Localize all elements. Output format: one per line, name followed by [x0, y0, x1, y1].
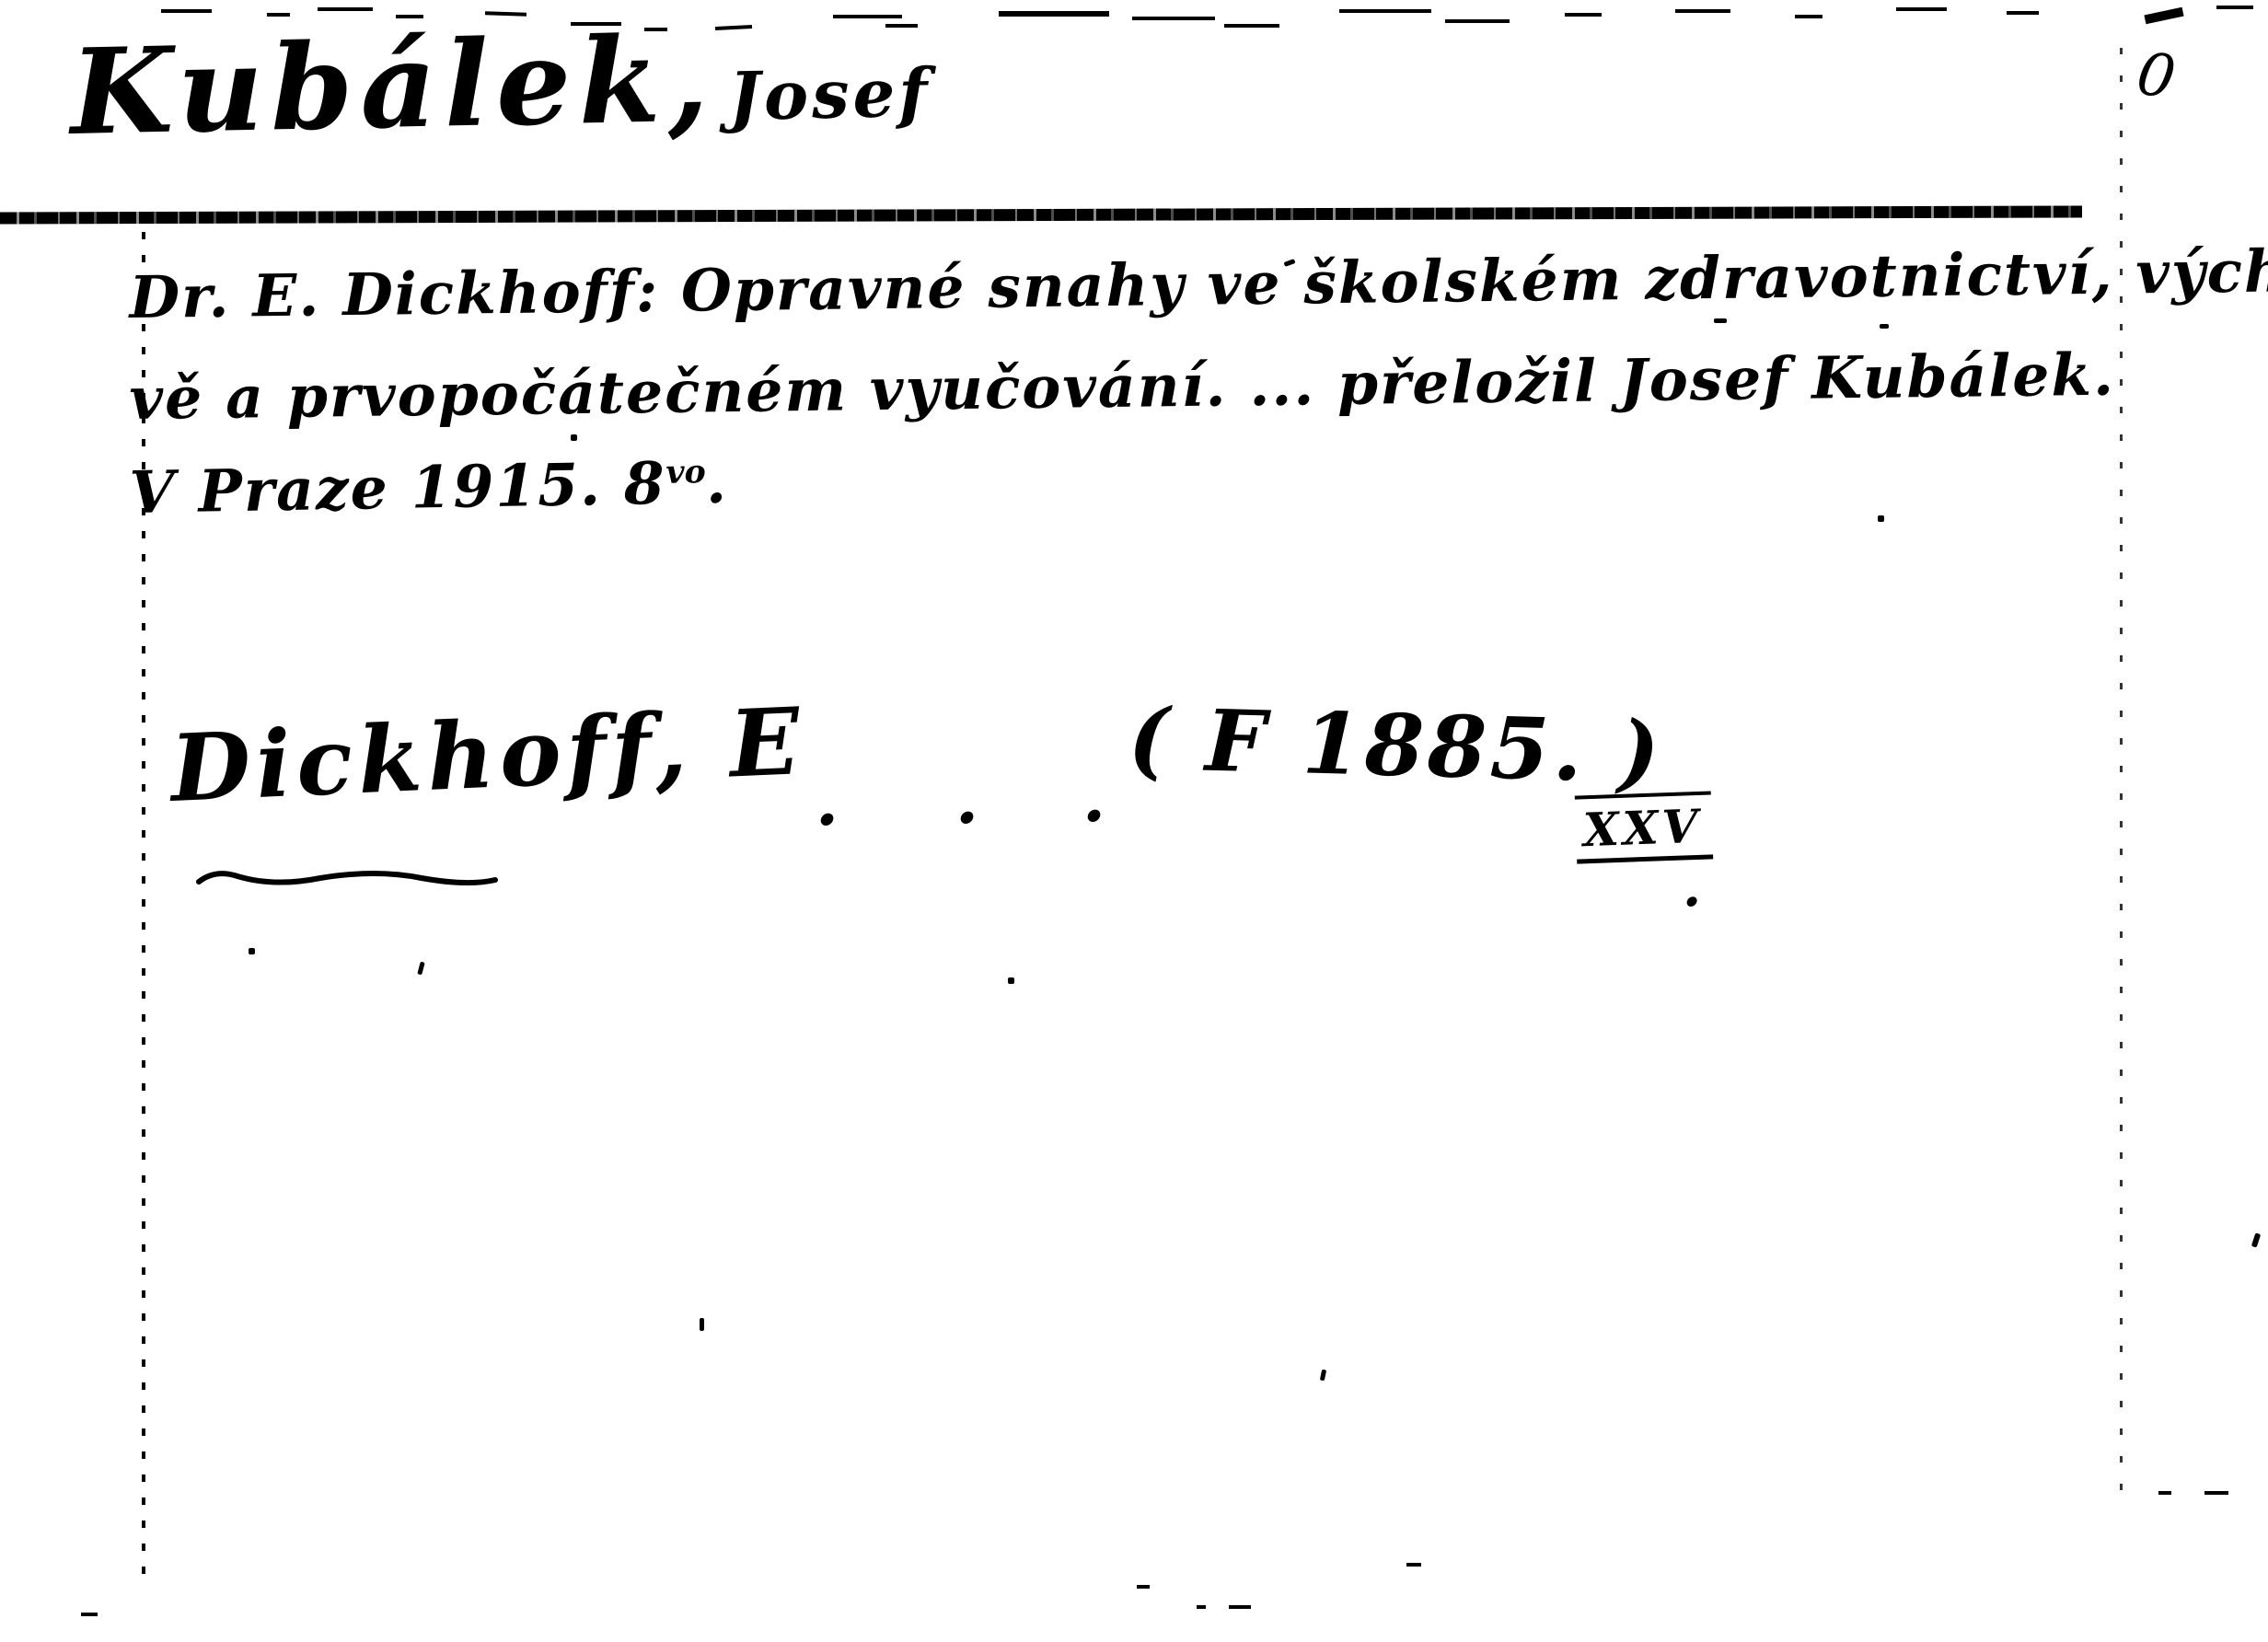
entry-line-1: Dr. E. Dickhoff: Opravné snahy ve školsk… [129, 236, 2268, 331]
scan-artifact [318, 7, 373, 11]
heading-rule [0, 205, 2082, 224]
entry-line-3: V Praze 1915. 8vo. [129, 448, 728, 526]
card-heading: Kubálek,Josef [69, 6, 932, 162]
reference-volume: XXV [1575, 791, 1714, 863]
scan-artifact [1714, 318, 1727, 323]
scan-artifact [2144, 7, 2183, 25]
scan-artifact [81, 1613, 98, 1616]
scan-artifact [1795, 15, 1822, 18]
scan-artifact [1896, 7, 1947, 11]
scan-artifact [1445, 19, 1510, 23]
scan-artifact [2216, 6, 2253, 9]
filing-dot: . [955, 760, 978, 838]
catalog-card-scan: Kubálek,Josef 0 Dr. E. Dickhoff: Opravné… [0, 0, 2268, 1642]
scan-artifact [1565, 13, 1602, 17]
scan-artifact [1008, 977, 1014, 984]
scan-artifact [2204, 1491, 2228, 1495]
entry-line-2: vě a prvopočátečném vyučování. ... přelo… [129, 341, 2115, 433]
scan-artifact [2158, 1491, 2171, 1495]
heading-forename: Josef [728, 52, 931, 135]
scan-artifact [999, 11, 1109, 17]
heading-separator: , [665, 10, 717, 149]
reference-author: Dickhoff, E [168, 687, 807, 823]
scan-artifact [417, 962, 424, 976]
scan-artifact [1880, 324, 1889, 329]
author-underline-squiggle [195, 867, 499, 895]
scan-artifact [571, 434, 577, 441]
page-number: 0 [2132, 40, 2180, 112]
scan-artifact [1878, 515, 1884, 522]
filing-dot: . [1082, 758, 1105, 837]
imprint-text: V Praze 1915. 8 [129, 449, 666, 526]
reference-volume-period: . [1683, 856, 1701, 919]
scan-artifact [1675, 9, 1730, 13]
left-margin-dotted-rule [142, 232, 145, 1590]
scan-artifact [249, 948, 255, 954]
scan-artifact [161, 9, 212, 13]
scan-artifact [1339, 9, 1431, 13]
scan-artifact [1320, 1370, 1326, 1382]
scan-artifact [1229, 1605, 1251, 1609]
scan-artifact [1137, 1585, 1150, 1589]
filing-dot: . [816, 762, 839, 840]
scan-artifact [1406, 1563, 1421, 1567]
scan-artifact [2007, 11, 2039, 15]
reference-call-number: ( F 1885. ) [1128, 688, 1664, 802]
imprint-period: . [705, 448, 728, 516]
heading-surname: Kubálek [69, 11, 669, 162]
format-superscript: vo [665, 453, 706, 491]
scan-artifact [1224, 24, 1279, 28]
scan-artifact [1132, 17, 1215, 20]
scan-artifact [1197, 1605, 1206, 1609]
scan-artifact [267, 13, 290, 17]
scan-artifact [2251, 1232, 2261, 1247]
scan-artifact [700, 1318, 704, 1331]
